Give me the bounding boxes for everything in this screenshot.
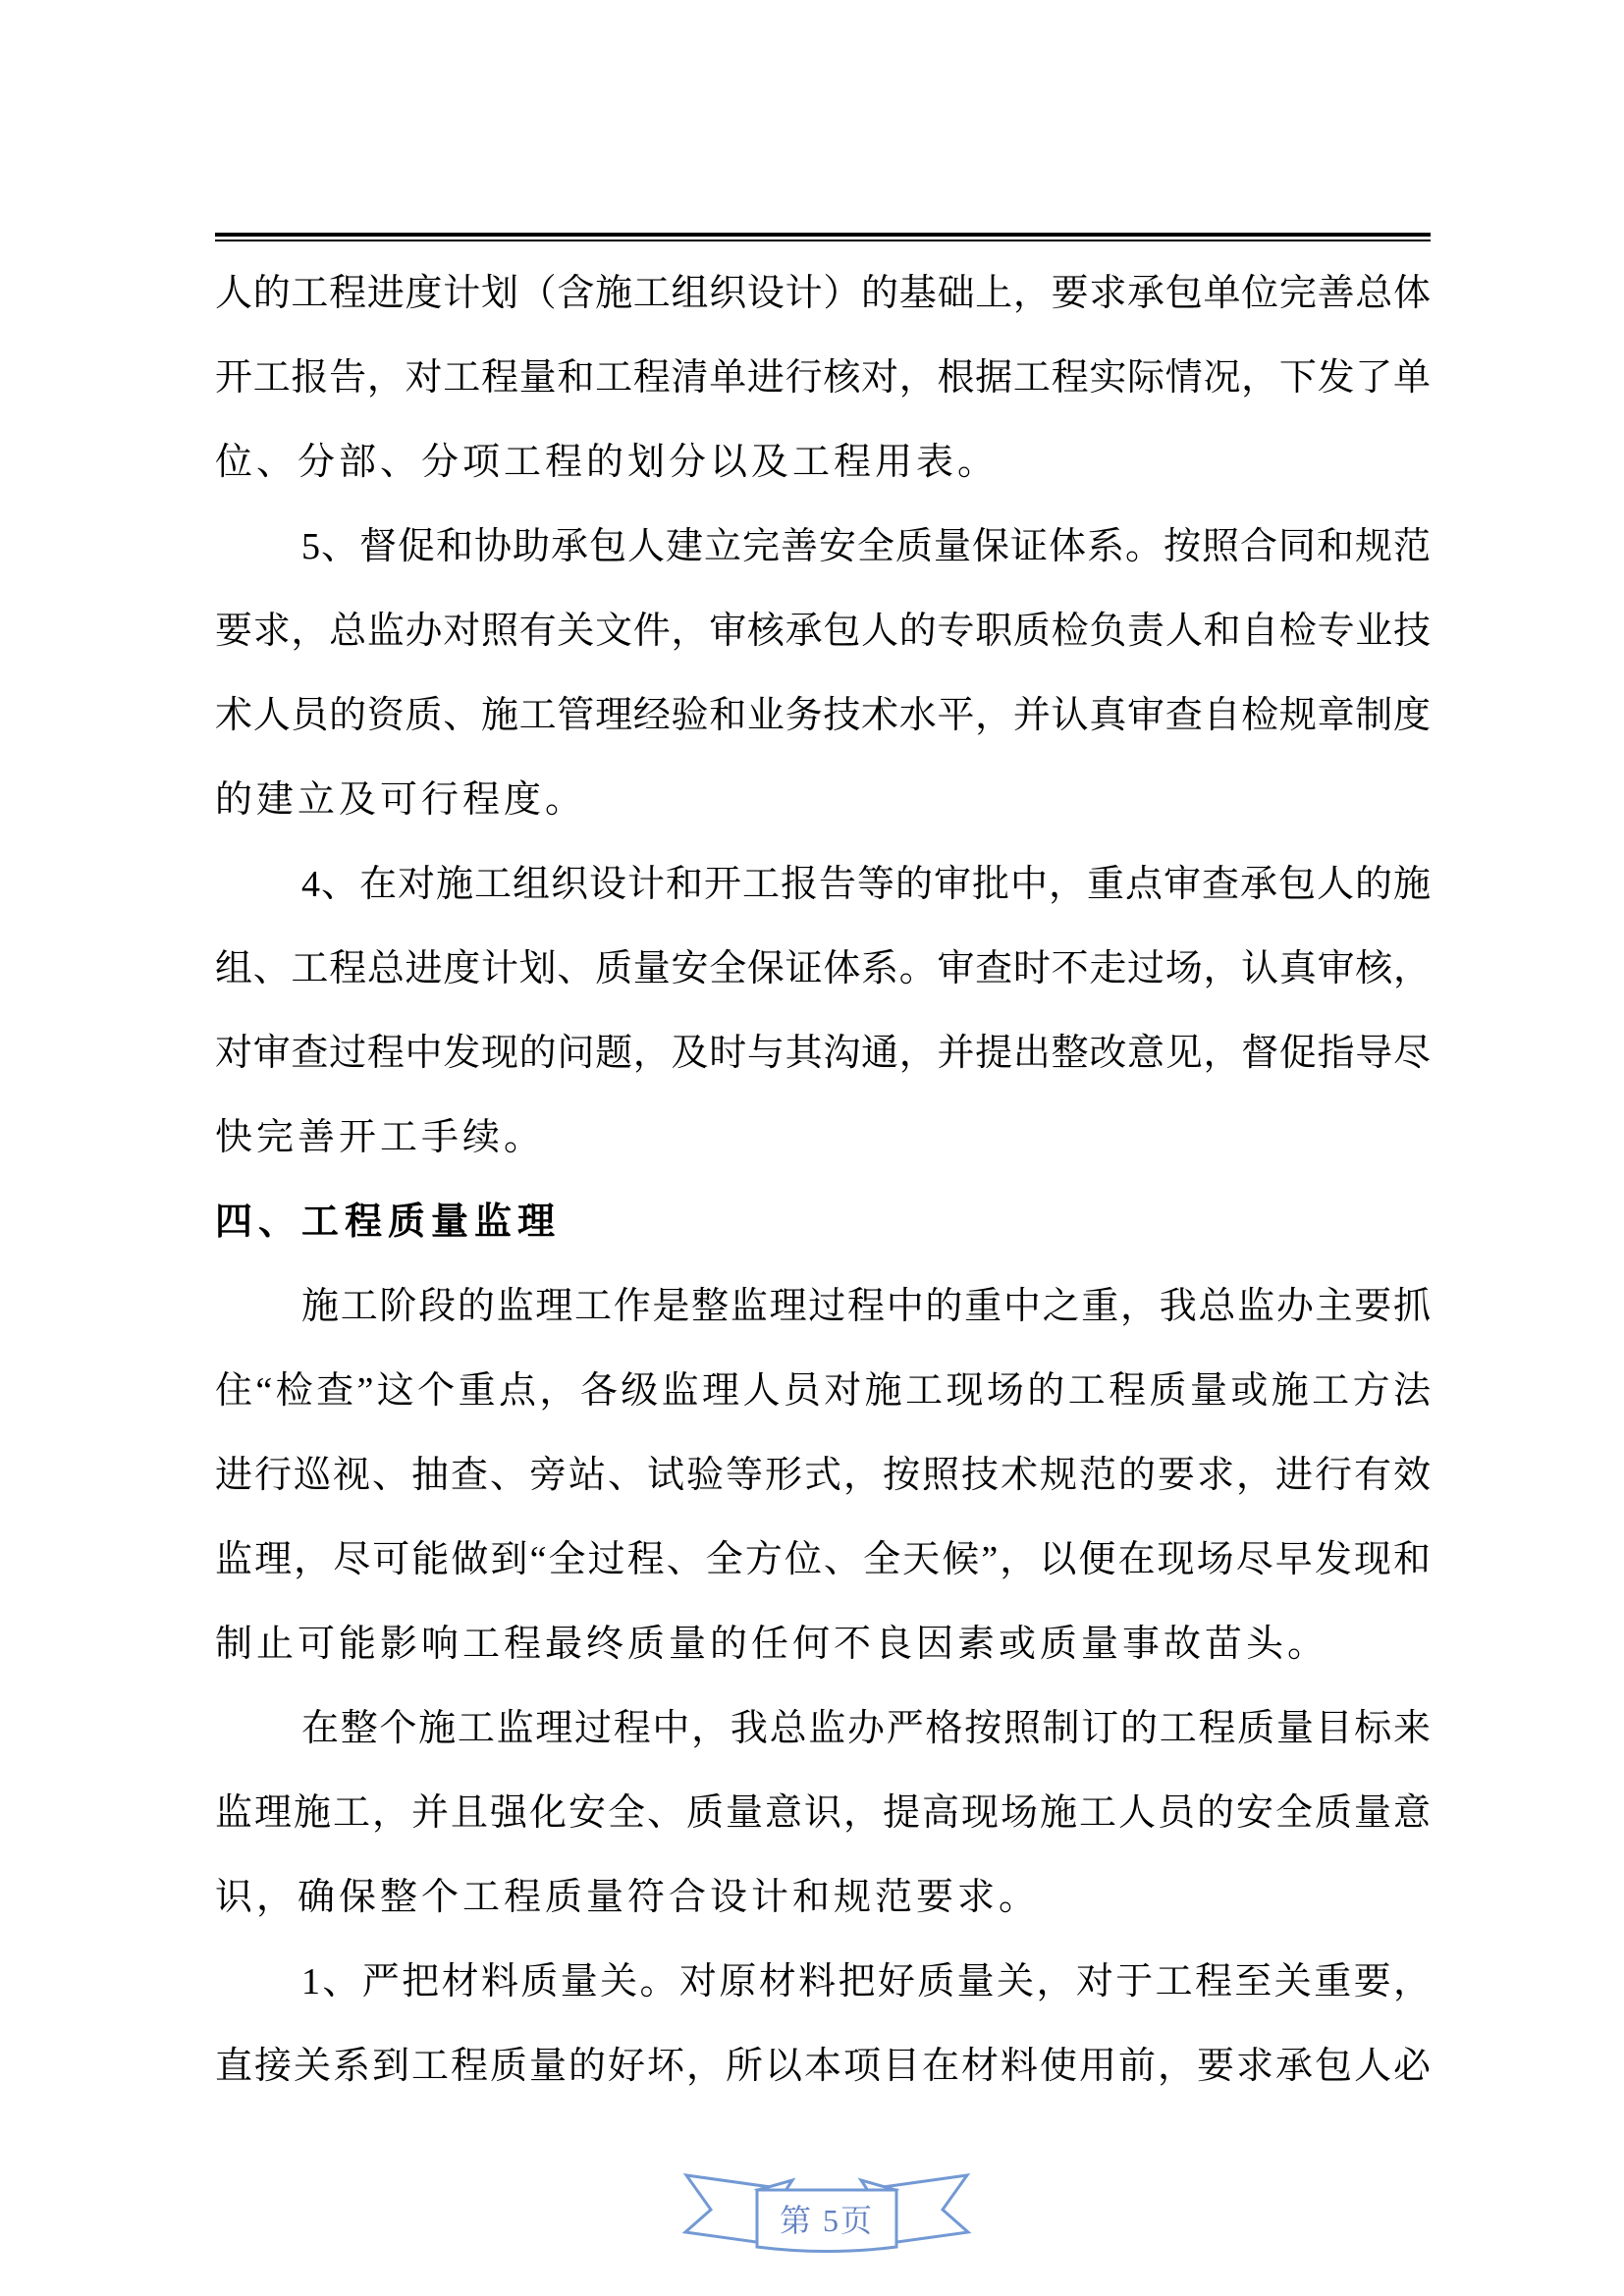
text-line: 施工阶段的监理工作是整监理过程中的重中之重，我总监办主要抓	[215, 1264, 1431, 1349]
text-line: 监理，尽可能做到“全过程、全方位、全天候”，以便在现场尽早发现和	[215, 1518, 1431, 1602]
text-line: 5、督促和协助承包人建立完善安全质量保证体系。按照合同和规范	[215, 505, 1431, 589]
document-body: 人的工程进度计划（含施工组织设计）的基础上，要求承包单位完善总体开工报告，对工程…	[215, 251, 1431, 2109]
text-line: 1、严把材料质量关。对原材料把好质量关，对于工程至关重要，	[215, 1940, 1431, 2024]
text-line: 识，确保整个工程质量符合设计和规范要求。	[215, 1855, 1431, 1940]
text-line: 监理施工，并且强化安全、质量意识，提高现场施工人员的安全质量意	[215, 1771, 1431, 1855]
text-line: 在整个施工监理过程中，我总监办严格按照制订的工程质量目标来	[215, 1686, 1431, 1771]
text-line: 4、在对施工组织设计和开工报告等的审批中，重点审查承包人的施	[215, 842, 1431, 927]
text-line: 快完善开工手续。	[215, 1095, 1431, 1180]
text-line: 要求，总监办对照有关文件，审核承包人的专职质检负责人和自检专业技	[215, 589, 1431, 673]
page-number-ribbon: 第 5页	[668, 2155, 982, 2296]
text-line: 直接关系到工程质量的好坏，所以本项目在材料使用前，要求承包人必	[215, 2024, 1431, 2109]
text-line: 进行巡视、抽查、旁站、试验等形式，按照技术规范的要求，进行有效	[215, 1433, 1431, 1518]
text-line: 的建立及可行程度。	[215, 758, 1431, 842]
text-line: 对审查过程中发现的问题，及时与其沟通，并提出整改意见，督促指导尽	[215, 1011, 1431, 1095]
page-number: 第 5页	[780, 2203, 874, 2238]
text-line: 位、分部、分项工程的划分以及工程用表。	[215, 420, 1431, 505]
text-line: 术人员的资质、施工管理经验和业务技术水平，并认真审查自检规章制度	[215, 673, 1431, 758]
text-line: 住“检查”这个重点，各级监理人员对施工现场的工程质量或施工方法	[215, 1349, 1431, 1433]
text-line: 制止可能影响工程最终质量的任何不良因素或质量事故苗头。	[215, 1602, 1431, 1686]
document-page: 人的工程进度计划（含施工组织设计）的基础上，要求承包单位完善总体开工报告，对工程…	[0, 0, 1624, 2296]
section-heading: 四、工程质量监理	[215, 1180, 1431, 1264]
header-double-rule	[215, 233, 1431, 241]
text-line: 组、工程总进度计划、质量安全保证体系。审查时不走过场，认真审核，	[215, 927, 1431, 1011]
text-line: 人的工程进度计划（含施工组织设计）的基础上，要求承包单位完善总体	[215, 251, 1431, 336]
text-line: 开工报告，对工程量和工程清单进行核对，根据工程实际情况，下发了单	[215, 336, 1431, 420]
